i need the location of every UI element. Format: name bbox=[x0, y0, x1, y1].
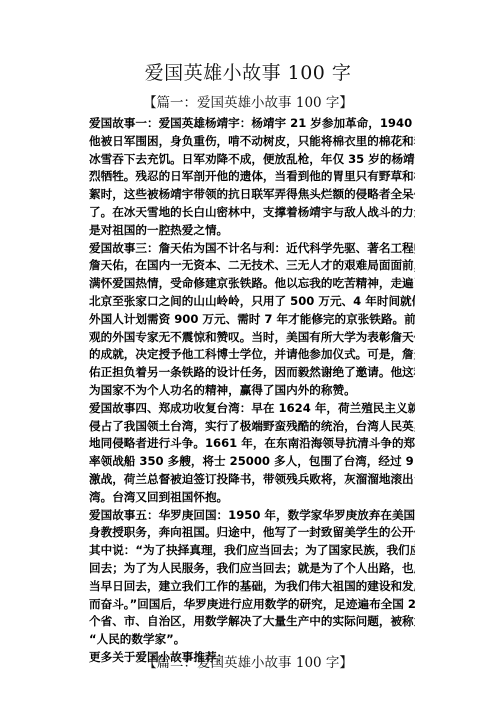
text-line: 北京至张家口之间的山山岭岭，只用了 500 万元、4 年时间就修成了 bbox=[89, 293, 415, 311]
text-line: 外国人计划需资 900 万元、需时 7 年才能修完的京张铁路。前来参 bbox=[89, 311, 415, 329]
text-line: 的成就，决定授予他工科博士学位，并请他参加仪式。可是，詹天 bbox=[89, 346, 415, 364]
text-line: 爱国故事四、郑成功收复台湾：早在 1624 年，荷兰殖民主义就派兵 bbox=[89, 400, 415, 418]
text-line: 为国家不为个人功名的精神，赢得了国内外的称赞。 bbox=[89, 382, 415, 400]
text-line: 个省、市、自治区，用数学解决了大量生产中的实际问题，被称为 bbox=[89, 613, 415, 631]
text-line: 冰雪吞下去充饥。日军劝降不成，便放乱枪，年仅 35 岁的杨靖宇壮 bbox=[89, 151, 415, 169]
text-line: 絮时，这些被杨靖宇带领的抗日联军弄得焦头烂额的侵略者全呆住 bbox=[89, 186, 415, 204]
text-line: 当早日回去，建立我们工作的基础，为我们伟大祖国的建设和发展 bbox=[89, 578, 415, 596]
text-line: 率领战船 350 多艘，将士 25000 多人，包围了台湾，经过 9 个月的 bbox=[89, 453, 415, 471]
text-line: 观的外国专家无不震惊和赞叹。当时，美国有所大学为表彰詹天佑 bbox=[89, 329, 415, 347]
text-line: 地同侵略者进行斗争。1661 年，在东南沿海领导抗清斗争的郑成功， bbox=[89, 435, 415, 453]
text-line: 爱国故事一：爱国英雄杨靖宇：杨靖宇 21 岁参加革命，1940 初， bbox=[89, 115, 415, 133]
text-line: 身教授职务，奔向祖国。归途中，他写了一封致留美学生的公开信， bbox=[89, 524, 415, 542]
text-line: 爱国故事五：华罗庚回国：1950 年，数学家华罗庚放弃在美国的终 bbox=[89, 507, 415, 525]
text-line: 侵占了我国领土台湾，实行了极端野蛮残酷的统治，台湾人民英勇 bbox=[89, 418, 415, 436]
text-line: 佑正担负着另一条铁路的设计任务，因而毅然谢绝了邀请。他这种 bbox=[89, 364, 415, 382]
section-heading-1: 【篇一：爱国英雄小故事 100 字】 bbox=[0, 91, 496, 111]
text-line: 湾。台湾又回到祖国怀抱。 bbox=[89, 489, 415, 507]
document-page: 爱国英雄小故事 100 字 【篇一：爱国英雄小故事 100 字】 爱国故事一：爱… bbox=[0, 0, 496, 702]
text-line: 而奋斗。”回国后，华罗庚进行应用数学的研究，足迹遍布全国 23 bbox=[89, 596, 415, 614]
text-line: 其中说：“为了抉择真理，我们应当回去；为了国家民族，我们应当 bbox=[89, 542, 415, 560]
text-line: 回去；为了为人民服务，我们应当回去；就是为了个人出路，也应 bbox=[89, 560, 415, 578]
story-body: 爱国故事一：爱国英雄杨靖宇：杨靖宇 21 岁参加革命，1940 初， 他被日军围… bbox=[89, 115, 415, 667]
text-line: 满怀爱国热情，受命修建京张铁路。他以忘我的吃苦精神，走遍了 bbox=[89, 275, 415, 293]
section-heading-2: 【篇二：爱国英雄小故事 100 字】 bbox=[0, 651, 496, 671]
document-title: 爱国英雄小故事 100 字 bbox=[0, 58, 496, 85]
text-line: 烈牺牲。残忍的日军剖开他的遗体，当看到他的胃里只有野草和棉 bbox=[89, 168, 415, 186]
text-line: 詹天佑，在国内一无资本、二无技术、三无人才的艰难局面面前， bbox=[89, 257, 415, 275]
text-line: 他被日军围困，身负重伤，啃不动树皮，只能将棉衣里的棉花和着 bbox=[89, 133, 415, 151]
text-line: 激战，荷兰总督被迫签订投降书，带领残兵败将，灰溜溜地滚出台 bbox=[89, 471, 415, 489]
text-line: 爱国故事三：詹天佑为国不计名与利：近代科学先驱、著名工程师 bbox=[89, 240, 415, 258]
text-line: 了。在冰天雪地的长白山密林中，支撑着杨靖宇与敌人战斗的力量 bbox=[89, 204, 415, 222]
text-line: 是对祖国的一腔热爱之情。 bbox=[89, 222, 415, 240]
text-line: “人民的数学家”。 bbox=[89, 631, 415, 649]
